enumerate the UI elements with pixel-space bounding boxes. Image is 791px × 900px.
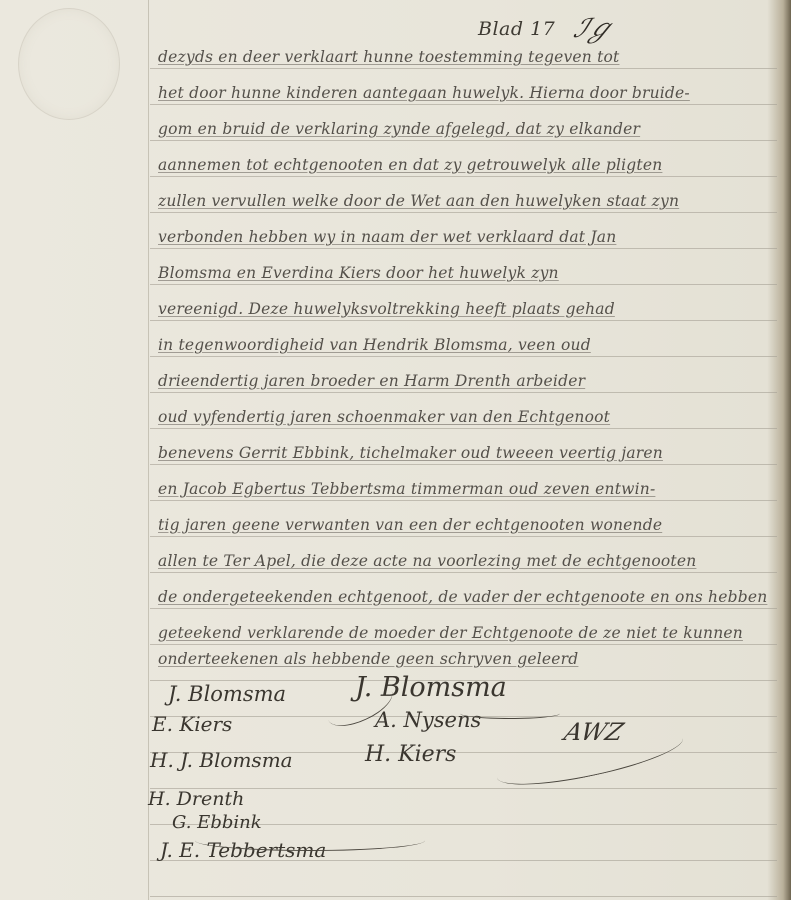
text-line: in tegenwoordigheid van Hendrik Blomsma,… xyxy=(158,336,768,354)
document-page: Blad 17 ℐℊ dezyds en deer verklaart hunn… xyxy=(0,0,791,900)
text-line: tig jaren geene verwanten van een der ec… xyxy=(158,516,768,534)
ruled-line xyxy=(150,212,777,213)
ruled-line xyxy=(150,644,777,645)
ruled-line xyxy=(150,104,777,105)
text-line: onderteekenen als hebbende geen schryven… xyxy=(158,650,598,668)
folio-paraph: ℐℊ xyxy=(569,8,621,45)
ruled-line xyxy=(150,428,777,429)
ruled-line xyxy=(150,536,777,537)
ruled-line xyxy=(150,896,777,897)
text-line: verbonden hebben wy in naam der wet verk… xyxy=(158,228,768,246)
text-line: aannemen tot echtgenooten en dat zy getr… xyxy=(158,156,768,174)
margin-rule xyxy=(148,0,149,900)
text-line: drieendertig jaren broeder en Harm Drent… xyxy=(158,372,768,390)
signature-flourish xyxy=(460,708,560,719)
text-line: dezyds en deer verklaart hunne toestemmi… xyxy=(158,48,768,66)
text-line: gom en bruid de verklaring zynde afgeleg… xyxy=(158,120,768,138)
signature-flourish xyxy=(195,830,425,851)
ruled-line xyxy=(150,140,777,141)
text-line: zullen vervullen welke door de Wet aan d… xyxy=(158,192,768,210)
ruled-line xyxy=(150,572,777,573)
text-line: het door hunne kinderen aantegaan huwely… xyxy=(158,84,768,102)
signature-witness: H. Drenth xyxy=(148,788,244,810)
ruled-line xyxy=(150,248,777,249)
signature-bride: E. Kiers xyxy=(152,712,232,736)
text-line: Blomsma en Everdina Kiers door het huwel… xyxy=(158,264,768,282)
text-line: benevens Gerrit Ebbink, tichelmaker oud … xyxy=(158,444,768,462)
text-line: en Jacob Egbertus Tebbertsma timmerman o… xyxy=(158,480,768,498)
signature-witness: H. Kiers xyxy=(365,742,456,767)
ruled-line xyxy=(150,284,777,285)
signature-witness: H. J. Blomsma xyxy=(150,748,293,772)
ruled-line xyxy=(150,500,777,501)
signature-groom: J. Blomsma xyxy=(168,682,286,706)
ruled-line xyxy=(150,392,777,393)
folio-number: Blad 17 xyxy=(478,18,555,40)
text-line: vereenigd. Deze huwelyksvoltrekking heef… xyxy=(158,300,768,318)
text-line: oud vyfendertig jaren schoenmaker van de… xyxy=(158,408,768,426)
ruled-line xyxy=(150,608,777,609)
text-line: geteekend verklarende de moeder der Echt… xyxy=(158,624,768,642)
ruled-line xyxy=(150,68,777,69)
text-line: de ondergeteekenden echtgenoot, de vader… xyxy=(158,588,768,606)
ruled-line xyxy=(150,320,777,321)
text-line: allen te Ter Apel, die deze acte na voor… xyxy=(158,552,768,570)
ruled-line xyxy=(150,464,777,465)
embossed-seal-stamp xyxy=(18,8,120,120)
ruled-line xyxy=(150,176,777,177)
ruled-line xyxy=(150,356,777,357)
